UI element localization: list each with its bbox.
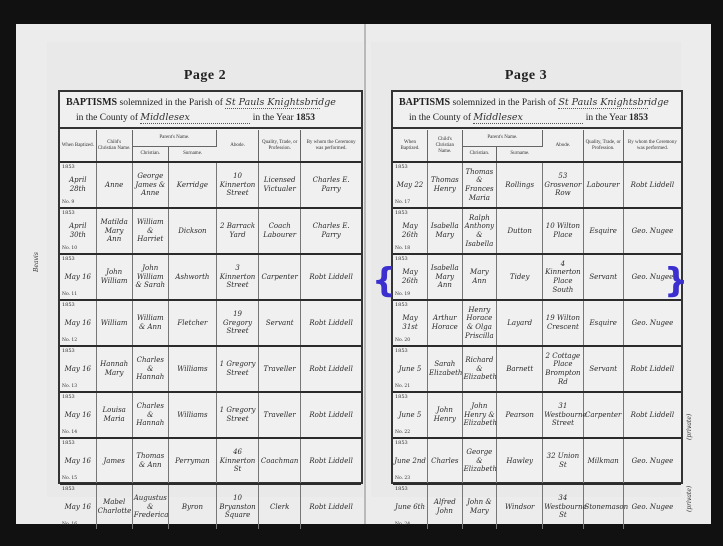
cell-by-whom: Charles E. Parry <box>301 162 361 208</box>
cell-quality: Coachman <box>259 438 301 484</box>
cell-by-whom: Geo. Nugee <box>623 208 681 254</box>
cell-quality: Traveller <box>259 392 301 438</box>
cell-child: Isabella Mary Ann <box>428 254 463 300</box>
cell-when: 1853May 16No. 12 <box>60 300 96 346</box>
year-value: 1853 <box>629 113 648 123</box>
cell-quality: Esquire <box>583 300 623 346</box>
cell-when: 1853May 16No. 13 <box>60 346 96 392</box>
cell-surname: Perryman <box>168 438 216 484</box>
cell-abode: 32 Union St <box>543 438 583 484</box>
cell-by-whom: Robt Liddell <box>301 392 361 438</box>
cell-child: Isabella Mary <box>428 208 463 254</box>
cell-quality: Esquire <box>583 208 623 254</box>
col-abode: Abode. <box>216 130 258 162</box>
page-left: Page 2 Beavis BAPTISMS solemnized in the… <box>47 42 363 497</box>
header-rule <box>60 127 361 129</box>
cell-when: 1853May 16No. 16 <box>60 484 96 529</box>
cell-when: 1853May 31stNo. 20 <box>393 300 428 346</box>
county-value: Middlesex <box>473 112 583 124</box>
cell-surname: Windsor <box>497 484 543 529</box>
register-type: BAPTISMS <box>66 97 117 108</box>
table-row: 1853May 16No. 12 William William & Ann F… <box>60 300 361 346</box>
margin-note-private: (private) <box>686 414 693 440</box>
cell-parents-christian: Ralph Anthony & Isabella <box>462 208 497 254</box>
cell-quality: Servant <box>583 254 623 300</box>
cell-surname: Williams <box>168 346 216 392</box>
register-frame: BAPTISMS solemnized in the Parish of St … <box>391 90 683 484</box>
left-brace-annotation-icon: { <box>372 264 396 298</box>
page-title: Page 2 <box>47 68 363 84</box>
cell-by-whom: Charles E. Parry <box>301 208 361 254</box>
col-when: When Baptized. <box>60 130 96 162</box>
header-rule <box>393 127 681 129</box>
cell-when: 1853May 16No. 15 <box>60 438 96 484</box>
cell-quality: Coach Labourer <box>259 208 301 254</box>
county-value: Middlesex <box>140 112 250 124</box>
register-heading: BAPTISMS solemnized in the Parish of St … <box>66 97 357 109</box>
cell-quality: Traveller <box>259 346 301 392</box>
cell-quality: Milkman <box>583 438 623 484</box>
cell-when: 1853June 2ndNo. 23 <box>393 438 428 484</box>
cell-child: Thomas Henry <box>428 162 463 208</box>
cell-child: Anne <box>96 162 132 208</box>
cell-when: 1853June 6thNo. 24 <box>393 484 428 529</box>
cell-abode: 10 Bryanston Square <box>216 484 258 529</box>
cell-parents-christian: Richard & Elizabeth <box>462 346 497 392</box>
table-row: 1853June 2ndNo. 23 Charles George & Eliz… <box>393 438 681 484</box>
cell-child: Matilda Mary Ann <box>96 208 132 254</box>
cell-surname: Dickson <box>168 208 216 254</box>
col-parents: Parent's Name. <box>132 130 216 147</box>
cell-parents-christian: Mary Ann <box>462 254 497 300</box>
register-county-line: in the County of Middlesex in the Year 1… <box>409 112 677 124</box>
cell-child: John William <box>96 254 132 300</box>
page-right: Page 3 BAPTISMS solemnized in the Parish… <box>371 42 681 497</box>
cell-abode: 31 Westbourne Street <box>543 392 583 438</box>
cell-surname: Barnett <box>497 346 543 392</box>
cell-surname: Hawley <box>497 438 543 484</box>
cell-child: Mabel Charlotte <box>96 484 132 529</box>
register-county-line: in the County of Middlesex in the Year 1… <box>76 112 357 124</box>
table-row: 1853May 26thNo. 18 Isabella Mary Ralph A… <box>393 208 681 254</box>
cell-surname: Ashworth <box>168 254 216 300</box>
right-brace-annotation-icon: } <box>664 264 688 298</box>
book-gutter <box>364 24 366 524</box>
table-row: 1853May 16No. 13 Hannah Mary Charles & H… <box>60 346 361 392</box>
register-type: BAPTISMS <box>399 97 450 108</box>
cell-abode: 19 Wilton Crescent <box>543 300 583 346</box>
cell-child: William <box>96 300 132 346</box>
register-frame: BAPTISMS solemnized in the Parish of St … <box>58 90 363 484</box>
cell-by-whom: Geo. Nugee <box>623 300 681 346</box>
cell-abode: 10 Wilton Place <box>543 208 583 254</box>
table-row: 1853June 6thNo. 24 Alfred John John & Ma… <box>393 484 681 529</box>
cell-when: 1853May 26thNo. 18 <box>393 208 428 254</box>
cell-by-whom: Robt Liddell <box>301 484 361 529</box>
cell-parents-christian: Henry Horace & Olga Priscilla <box>462 300 497 346</box>
cell-abode: 3 Kinnerton Street <box>216 254 258 300</box>
cell-abode: 2 Cottage Place Brompton Rd <box>543 346 583 392</box>
cell-when: 1853May 26thNo. 19 <box>393 254 428 300</box>
cell-child: Louisa Maria <box>96 392 132 438</box>
cell-abode: 10 Kinnerton Street <box>216 162 258 208</box>
margin-note: Beavis <box>33 252 40 272</box>
cell-parents-christian: William & Harriet <box>132 208 168 254</box>
table-row: 1853May 26thNo. 19 Isabella Mary Ann Mar… <box>393 254 681 300</box>
cell-quality: Servant <box>259 300 301 346</box>
year-prefix: in the Year <box>586 113 627 123</box>
cell-abode: 34 Westbourne St <box>543 484 583 529</box>
cell-by-whom: Robt Liddell <box>623 162 681 208</box>
cell-surname: Layard <box>497 300 543 346</box>
cell-child: Arthur Horace <box>428 300 463 346</box>
cell-when: 1853May 22No. 17 <box>393 162 428 208</box>
table-row: 1853June 5No. 22 John Henry John Henry &… <box>393 392 681 438</box>
cell-when: 1853June 5No. 22 <box>393 392 428 438</box>
cell-parents-christian: John William & Sarah <box>132 254 168 300</box>
col-surname: Surname. <box>168 147 216 163</box>
table-row: 1853May 16No. 14 Louisa Maria Charles & … <box>60 392 361 438</box>
cell-by-whom: Geo. Nugee <box>623 438 681 484</box>
col-abode: Abode. <box>543 130 583 162</box>
cell-quality: Servant <box>583 346 623 392</box>
table-row: 1853May 16No. 16 Mabel Charlotte Augustu… <box>60 484 361 529</box>
table-row: 1853June 5No. 21 Sarah Elizabeth Richard… <box>393 346 681 392</box>
col-child: Child's Christian Name. <box>428 130 463 162</box>
heading-prefix: solemnized in the Parish of <box>120 98 223 108</box>
table-row: 1853April 28thNo. 9 Anne George James & … <box>60 162 361 208</box>
cell-parents-christian: Charles & Hannah <box>132 346 168 392</box>
cell-abode: 1 Gregory Street <box>216 392 258 438</box>
cell-by-whom: Robt Liddell <box>301 254 361 300</box>
register-heading: BAPTISMS solemnized in the Parish of St … <box>399 97 677 109</box>
cell-parents-christian: Thomas & Frances Maria <box>462 162 497 208</box>
cell-abode: 53 Grosvenor Row <box>543 162 583 208</box>
cell-child: James <box>96 438 132 484</box>
cell-abode: 19 Gregory Street <box>216 300 258 346</box>
cell-parents-christian: George & Elizabeth <box>462 438 497 484</box>
cell-surname: Fletcher <box>168 300 216 346</box>
table-row-highlighted: 1853May 31stNo. 20 Arthur Horace Henry H… <box>393 300 681 346</box>
cell-quality: Stonemason <box>583 484 623 529</box>
cell-abode: 46 Kinnerton St <box>216 438 258 484</box>
cell-abode: 4 Kinnerton Place South <box>543 254 583 300</box>
col-child: Child's Christian Name. <box>96 130 132 162</box>
year-prefix: in the Year <box>253 113 294 123</box>
cell-quality: Carpenter <box>583 392 623 438</box>
county-prefix: in the County of <box>409 113 471 123</box>
cell-parents-christian: Charles & Hannah <box>132 392 168 438</box>
cell-child: Sarah Elizabeth <box>428 346 463 392</box>
cell-surname: Tidey <box>497 254 543 300</box>
col-quality: Quality, Trade, or Profession. <box>259 130 301 162</box>
cell-by-whom: Robt Liddell <box>623 346 681 392</box>
cell-child: Charles <box>428 438 463 484</box>
cell-parents-christian: John Henry & Elizabeth <box>462 392 497 438</box>
cell-parents-christian: Thomas & Ann <box>132 438 168 484</box>
cell-when: 1853June 5No. 21 <box>393 346 428 392</box>
parish-value: St Pauls Knightsbridge <box>558 97 648 109</box>
cell-when: 1853April 28thNo. 9 <box>60 162 96 208</box>
col-parents: Parent's Name. <box>462 130 543 147</box>
cell-child: Hannah Mary <box>96 346 132 392</box>
cell-parents-christian: William & Ann <box>132 300 168 346</box>
cell-quality: Labourer <box>583 162 623 208</box>
parish-value: St Pauls Knightsbridge <box>225 97 320 109</box>
table-row: 1853May 22No. 17 Thomas Henry Thomas & F… <box>393 162 681 208</box>
cell-by-whom: Robt Liddell <box>623 392 681 438</box>
col-christian: Christian. <box>132 147 168 163</box>
cell-when: 1853April 30thNo. 10 <box>60 208 96 254</box>
cell-abode: 1 Gregory Street <box>216 346 258 392</box>
col-quality: Quality, Trade, or Profession. <box>583 130 623 162</box>
cell-surname: Kerridge <box>168 162 216 208</box>
cell-parents-christian: John & Mary <box>462 484 497 529</box>
cell-quality: Licensed Victualer <box>259 162 301 208</box>
cell-quality: Clerk <box>259 484 301 529</box>
cell-by-whom: Robt Liddell <box>301 346 361 392</box>
col-christian: Christian. <box>462 147 497 163</box>
col-by-whom: By whom the Ceremony was performed. <box>301 130 361 162</box>
baptism-table: When Baptized. Child's Christian Name. P… <box>393 130 681 529</box>
cell-surname: Rollings <box>497 162 543 208</box>
cell-parents-christian: Augustus & Frederica <box>132 484 168 529</box>
cell-child: Alfred John <box>428 484 463 529</box>
cell-parents-christian: George James & Anne <box>132 162 168 208</box>
year-value: 1853 <box>296 113 315 123</box>
cell-quality: Carpenter <box>259 254 301 300</box>
heading-prefix: solemnized in the Parish of <box>453 98 556 108</box>
cell-surname: Dutton <box>497 208 543 254</box>
cell-when: 1853May 16No. 14 <box>60 392 96 438</box>
cell-surname: Pearson <box>497 392 543 438</box>
table-row: 1853May 16No. 11 John William John Willi… <box>60 254 361 300</box>
table-row: 1853April 30thNo. 10 Matilda Mary Ann Wi… <box>60 208 361 254</box>
margin-note-private: (private) <box>686 486 693 512</box>
cell-surname: Williams <box>168 392 216 438</box>
cell-child: John Henry <box>428 392 463 438</box>
col-by-whom: By whom the Ceremony was performed. <box>623 130 681 162</box>
county-prefix: in the County of <box>76 113 138 123</box>
cell-by-whom: Robt Liddell <box>301 300 361 346</box>
cell-by-whom: Robt Liddell <box>301 438 361 484</box>
table-row: 1853May 16No. 15 James Thomas & Ann Perr… <box>60 438 361 484</box>
baptism-table: When Baptized. Child's Christian Name. P… <box>60 130 361 529</box>
cell-when: 1853May 16No. 11 <box>60 254 96 300</box>
col-when: When Baptized. <box>393 130 428 162</box>
col-surname: Surname. <box>497 147 543 163</box>
page-title: Page 3 <box>371 68 681 84</box>
cell-surname: Byron <box>168 484 216 529</box>
cell-by-whom: Geo. Nugee <box>623 484 681 529</box>
cell-abode: 2 Barrack Yard <box>216 208 258 254</box>
